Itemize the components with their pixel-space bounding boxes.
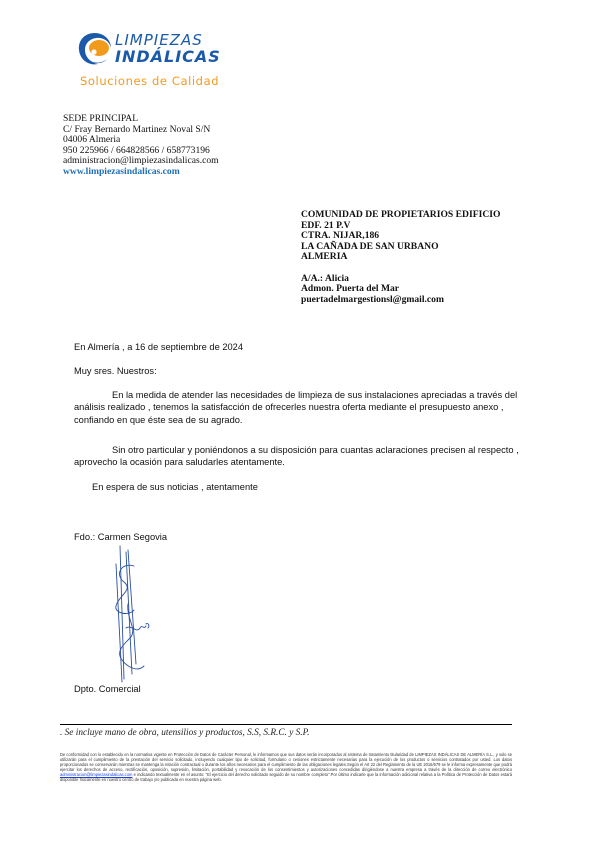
letter-closing: En espera de sus noticias , atentamente <box>92 481 258 493</box>
recipient-line: COMUNIDAD DE PROPIETARIOS EDIFICIO <box>301 210 500 221</box>
letter-salutation: Muy sres. Nuestros: <box>74 365 157 377</box>
footer-divider <box>60 724 512 725</box>
brand-name-line1: LIMPIEZAS <box>115 33 203 48</box>
company-logo: LIMPIEZAS INDÁLICAS Soluciones de Calida… <box>74 26 234 92</box>
brand-name-line2: INDÁLICAS <box>115 49 221 65</box>
sender-block: SEDE PRINCIPAL C/ Fray Bernardo Martinez… <box>63 114 219 178</box>
recipient-email[interactable]: puertadelmargestionsl@gmail.com <box>301 295 500 306</box>
sender-website-link[interactable]: www.limpiezasindalicas.com <box>63 167 219 178</box>
letter-paragraph-2: Sin otro particular y poniéndonos a su d… <box>74 444 534 469</box>
sender-title: SEDE PRINCIPAL <box>63 114 219 125</box>
letter-paragraph-1: En la medida de atender las necesidades … <box>74 389 534 426</box>
footer-note: . Se incluye mano de obra, utensilios y … <box>60 728 309 738</box>
logo-swirl-icon <box>76 30 114 68</box>
letter-page: LIMPIEZAS INDÁLICAS Soluciones de Calida… <box>0 0 595 841</box>
privacy-notice: De conformidad con lo establecido en la … <box>60 752 512 782</box>
signed-by: Fdo.: Carmen Segovia <box>74 531 167 543</box>
recipient-line: ALMERIA <box>301 252 500 263</box>
handwritten-signature <box>108 544 158 684</box>
recipient-block: COMUNIDAD DE PROPIETARIOS EDIFICIO EDF. … <box>301 210 500 305</box>
letter-date: En Almería , a 16 de septiembre de 2024 <box>74 341 243 353</box>
brand-tagline: Soluciones de Calidad <box>80 74 219 88</box>
department: Dpto. Comercial <box>74 683 141 695</box>
